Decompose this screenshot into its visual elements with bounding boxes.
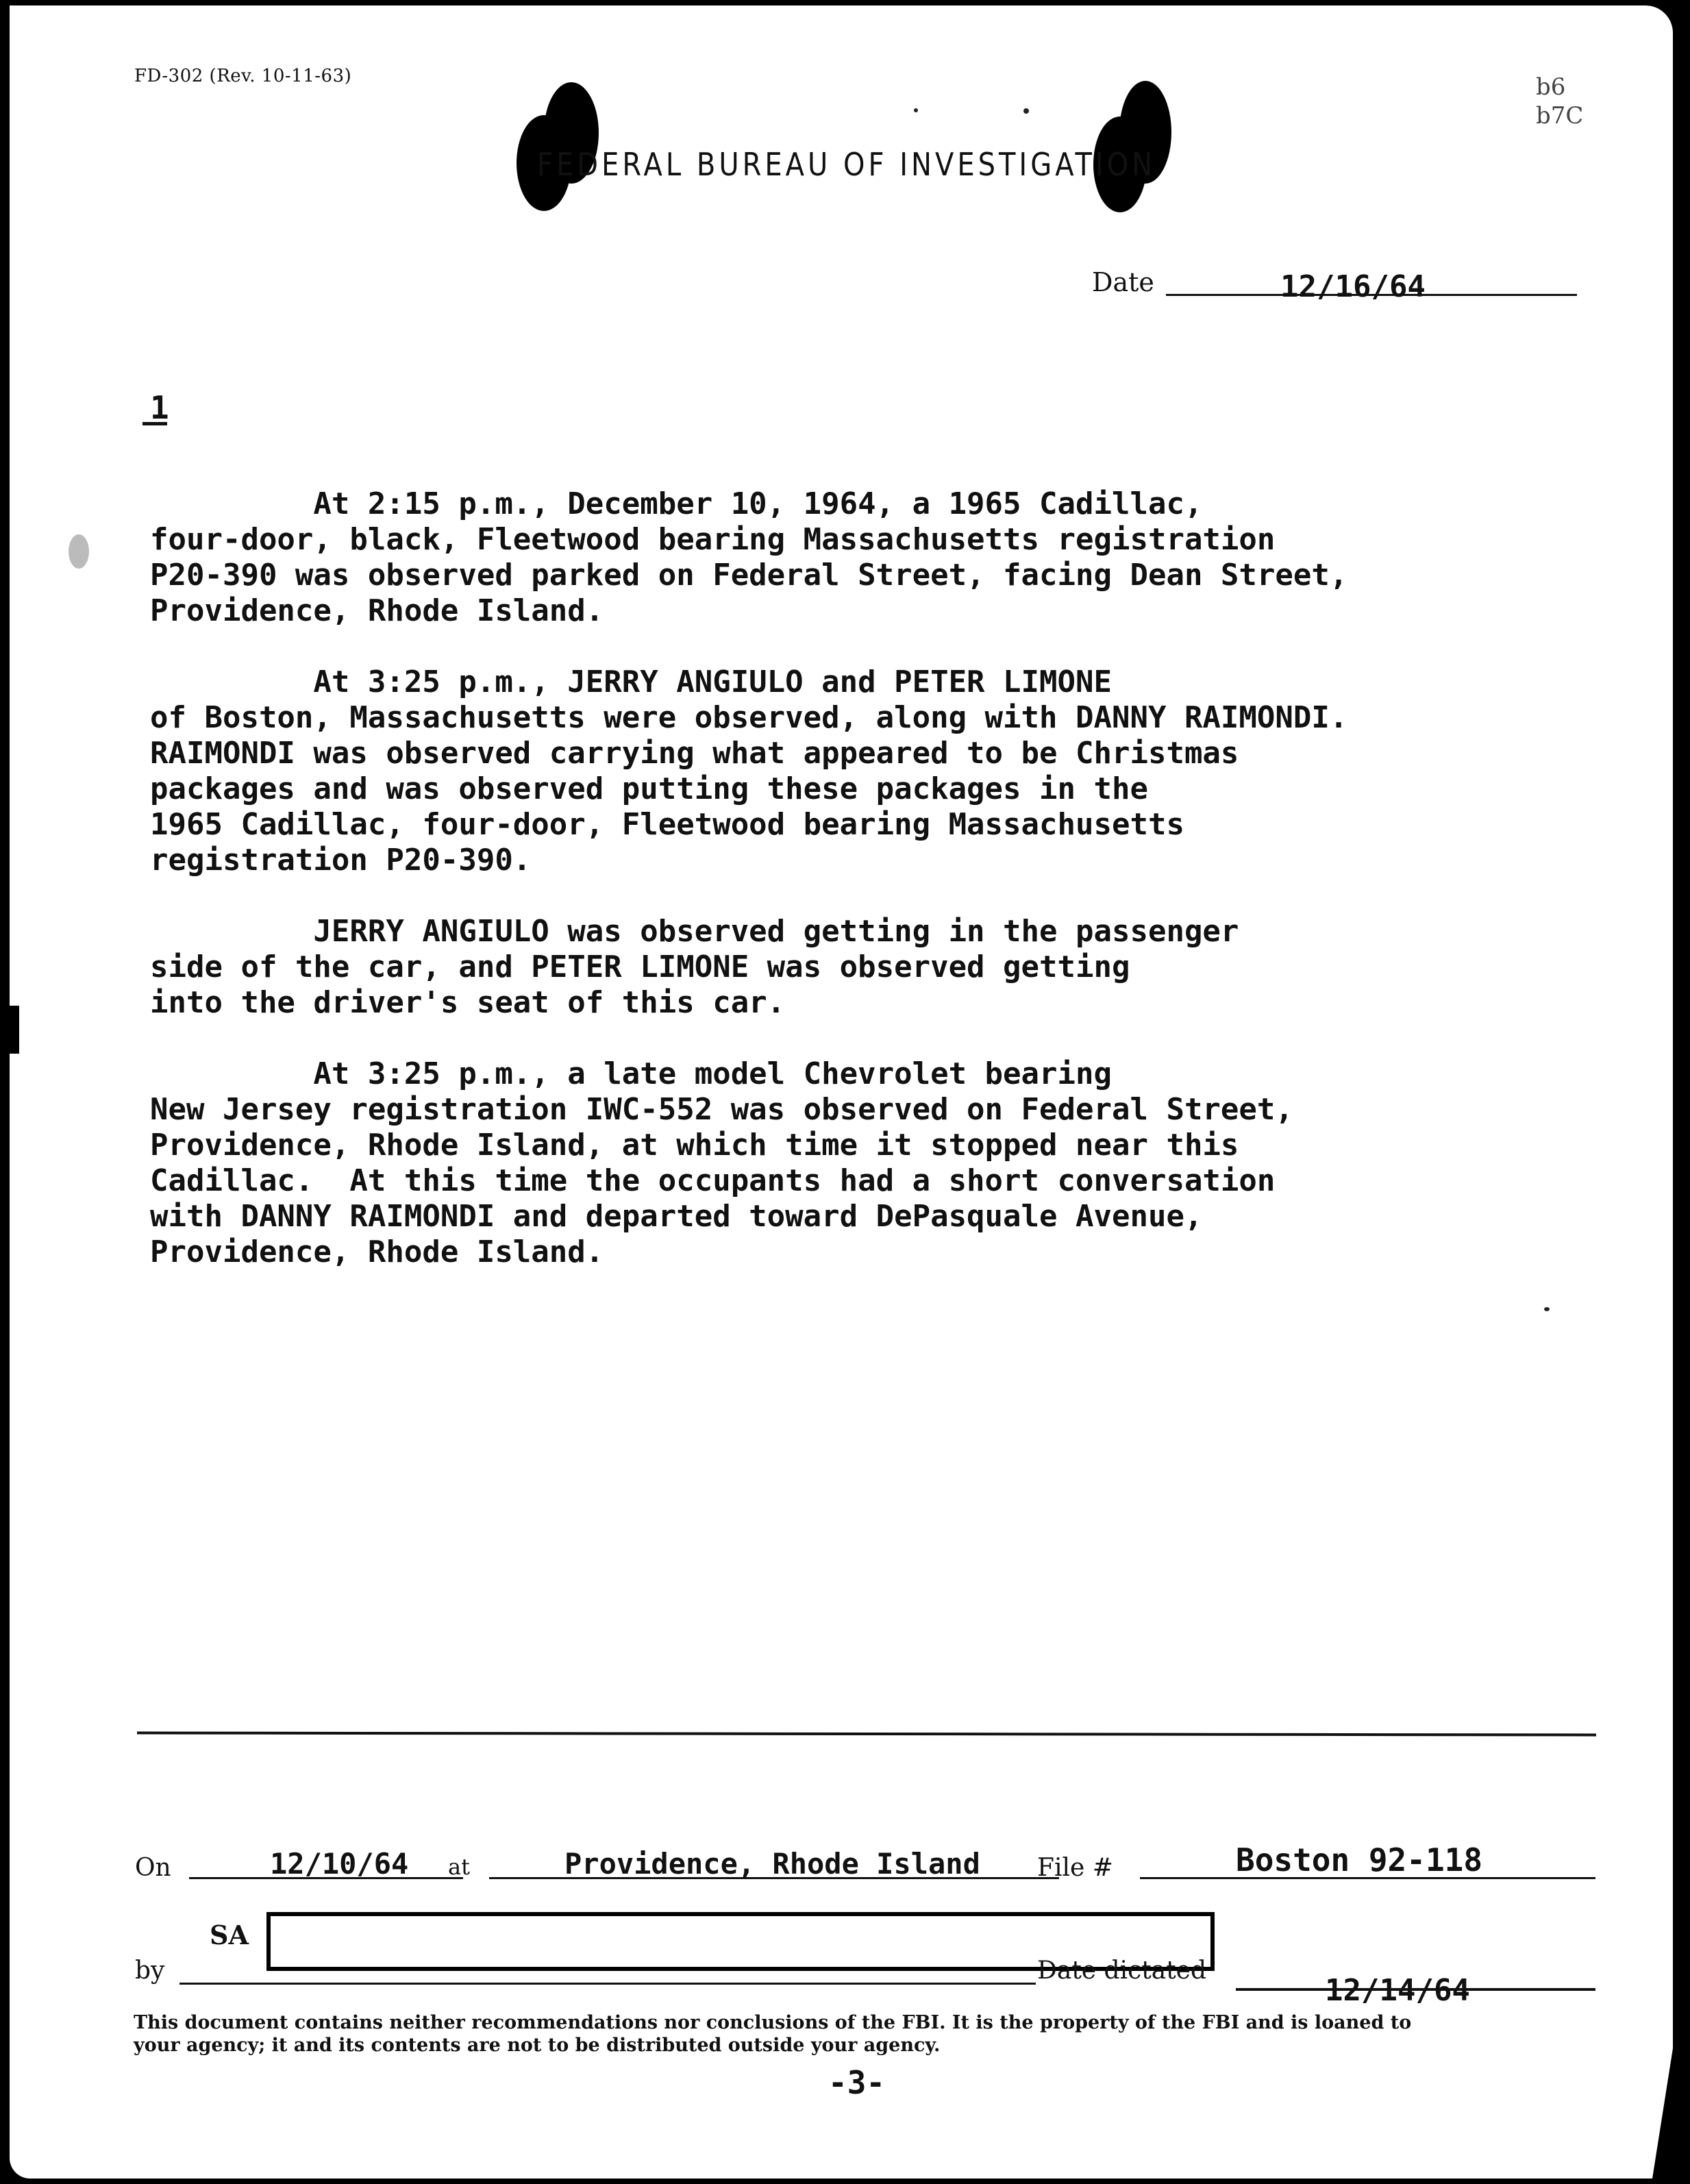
scan-edge-shadow — [1652, 2048, 1673, 2179]
report-line: Providence, Rhode Island. — [150, 593, 1575, 629]
redaction-code: b7C — [1536, 101, 1583, 130]
report-line: At 3:25 p.m., JERRY ANGIULO and PETER LI… — [150, 665, 1575, 700]
file-number-value: Boston 92-118 — [1236, 1841, 1482, 1878]
file-number-label: File # — [1037, 1854, 1113, 1882]
report-line: Cadillac. At this time the occupants had… — [150, 1163, 1575, 1199]
scan-speck — [69, 534, 89, 569]
report-line: packages and was observed putting these … — [150, 771, 1575, 807]
report-line: into the driver's seat of this car. — [150, 985, 1575, 1021]
report-line: Providence, Rhode Island. — [150, 1234, 1575, 1270]
date-value: 12/16/64 — [1280, 269, 1426, 304]
by-underline — [179, 1983, 1036, 1985]
date-dictated-label: Date dictated — [1037, 1957, 1206, 1985]
on-date-value: 12/10/64 — [270, 1847, 408, 1881]
report-line: At 2:15 p.m., December 10, 1964, a 1965 … — [150, 486, 1575, 522]
date-dictated-value: 12/14/64 — [1325, 1973, 1470, 2008]
scan-speck — [1023, 108, 1029, 114]
report-line: Providence, Rhode Island, at which time … — [150, 1128, 1575, 1163]
on-label: On — [135, 1854, 171, 1882]
report-line: 1965 Cadillac, four-door, Fleetwood bear… — [150, 807, 1575, 843]
document-page: FD-302 (Rev. 10-11-63) b6 b7C FEDERAL BU… — [10, 5, 1673, 2179]
report-line: At 3:25 p.m., a late model Chevrolet bea… — [150, 1056, 1575, 1092]
report-line: registration P20-390. — [150, 843, 1575, 878]
report-line: side of the car, and PETER LIMONE was ob… — [150, 950, 1575, 985]
at-label: at — [448, 1854, 470, 1880]
scan-edge-mark — [10, 1006, 19, 1054]
at-location-value: Providence, Rhode Island — [564, 1847, 980, 1881]
report-paragraph: At 3:25 p.m., a late model Chevrolet bea… — [150, 1056, 1575, 1270]
form-id: FD-302 (Rev. 10-11-63) — [134, 66, 351, 86]
paragraph-number-underline — [142, 422, 167, 425]
disclaimer-line: This document contains neither recommend… — [134, 2011, 1606, 2034]
report-line: with DANNY RAIMONDI and departed toward … — [150, 1199, 1575, 1234]
date-label: Date — [1092, 267, 1154, 297]
disclaimer-line: your agency; it and its contents are not… — [134, 2034, 1606, 2057]
report-paragraph: JERRY ANGIULO was observed getting in th… — [150, 914, 1575, 1021]
report-body: At 2:15 p.m., December 10, 1964, a 1965 … — [150, 486, 1575, 1306]
report-line: RAIMONDI was observed carrying what appe… — [150, 736, 1575, 771]
by-label: by — [135, 1957, 164, 1985]
paragraph-number: 1 — [150, 389, 169, 426]
scan-speck — [914, 108, 918, 112]
agency-title: FEDERAL BUREAU OF INVESTIGATION — [537, 147, 1156, 184]
page-number: -3- — [828, 2064, 885, 2101]
sa-label: SA — [210, 1920, 249, 1950]
scan-speck — [1544, 1307, 1550, 1311]
report-paragraph: At 2:15 p.m., December 10, 1964, a 1965 … — [150, 486, 1575, 629]
redaction-code: b6 — [1536, 73, 1583, 101]
report-line: four-door, black, Fleetwood bearing Mass… — [150, 522, 1575, 558]
report-paragraph: At 3:25 p.m., JERRY ANGIULO and PETER LI… — [150, 665, 1575, 878]
disclaimer: This document contains neither recommend… — [134, 2011, 1606, 2057]
report-line: JERRY ANGIULO was observed getting in th… — [150, 914, 1575, 950]
section-divider — [137, 1732, 1596, 1737]
report-line: New Jersey registration IWC-552 was obse… — [150, 1092, 1575, 1128]
report-line: P20-390 was observed parked on Federal S… — [150, 558, 1575, 593]
report-line: of Boston, Massachusetts were observed, … — [150, 700, 1575, 736]
redaction-codes: b6 b7C — [1536, 73, 1583, 130]
